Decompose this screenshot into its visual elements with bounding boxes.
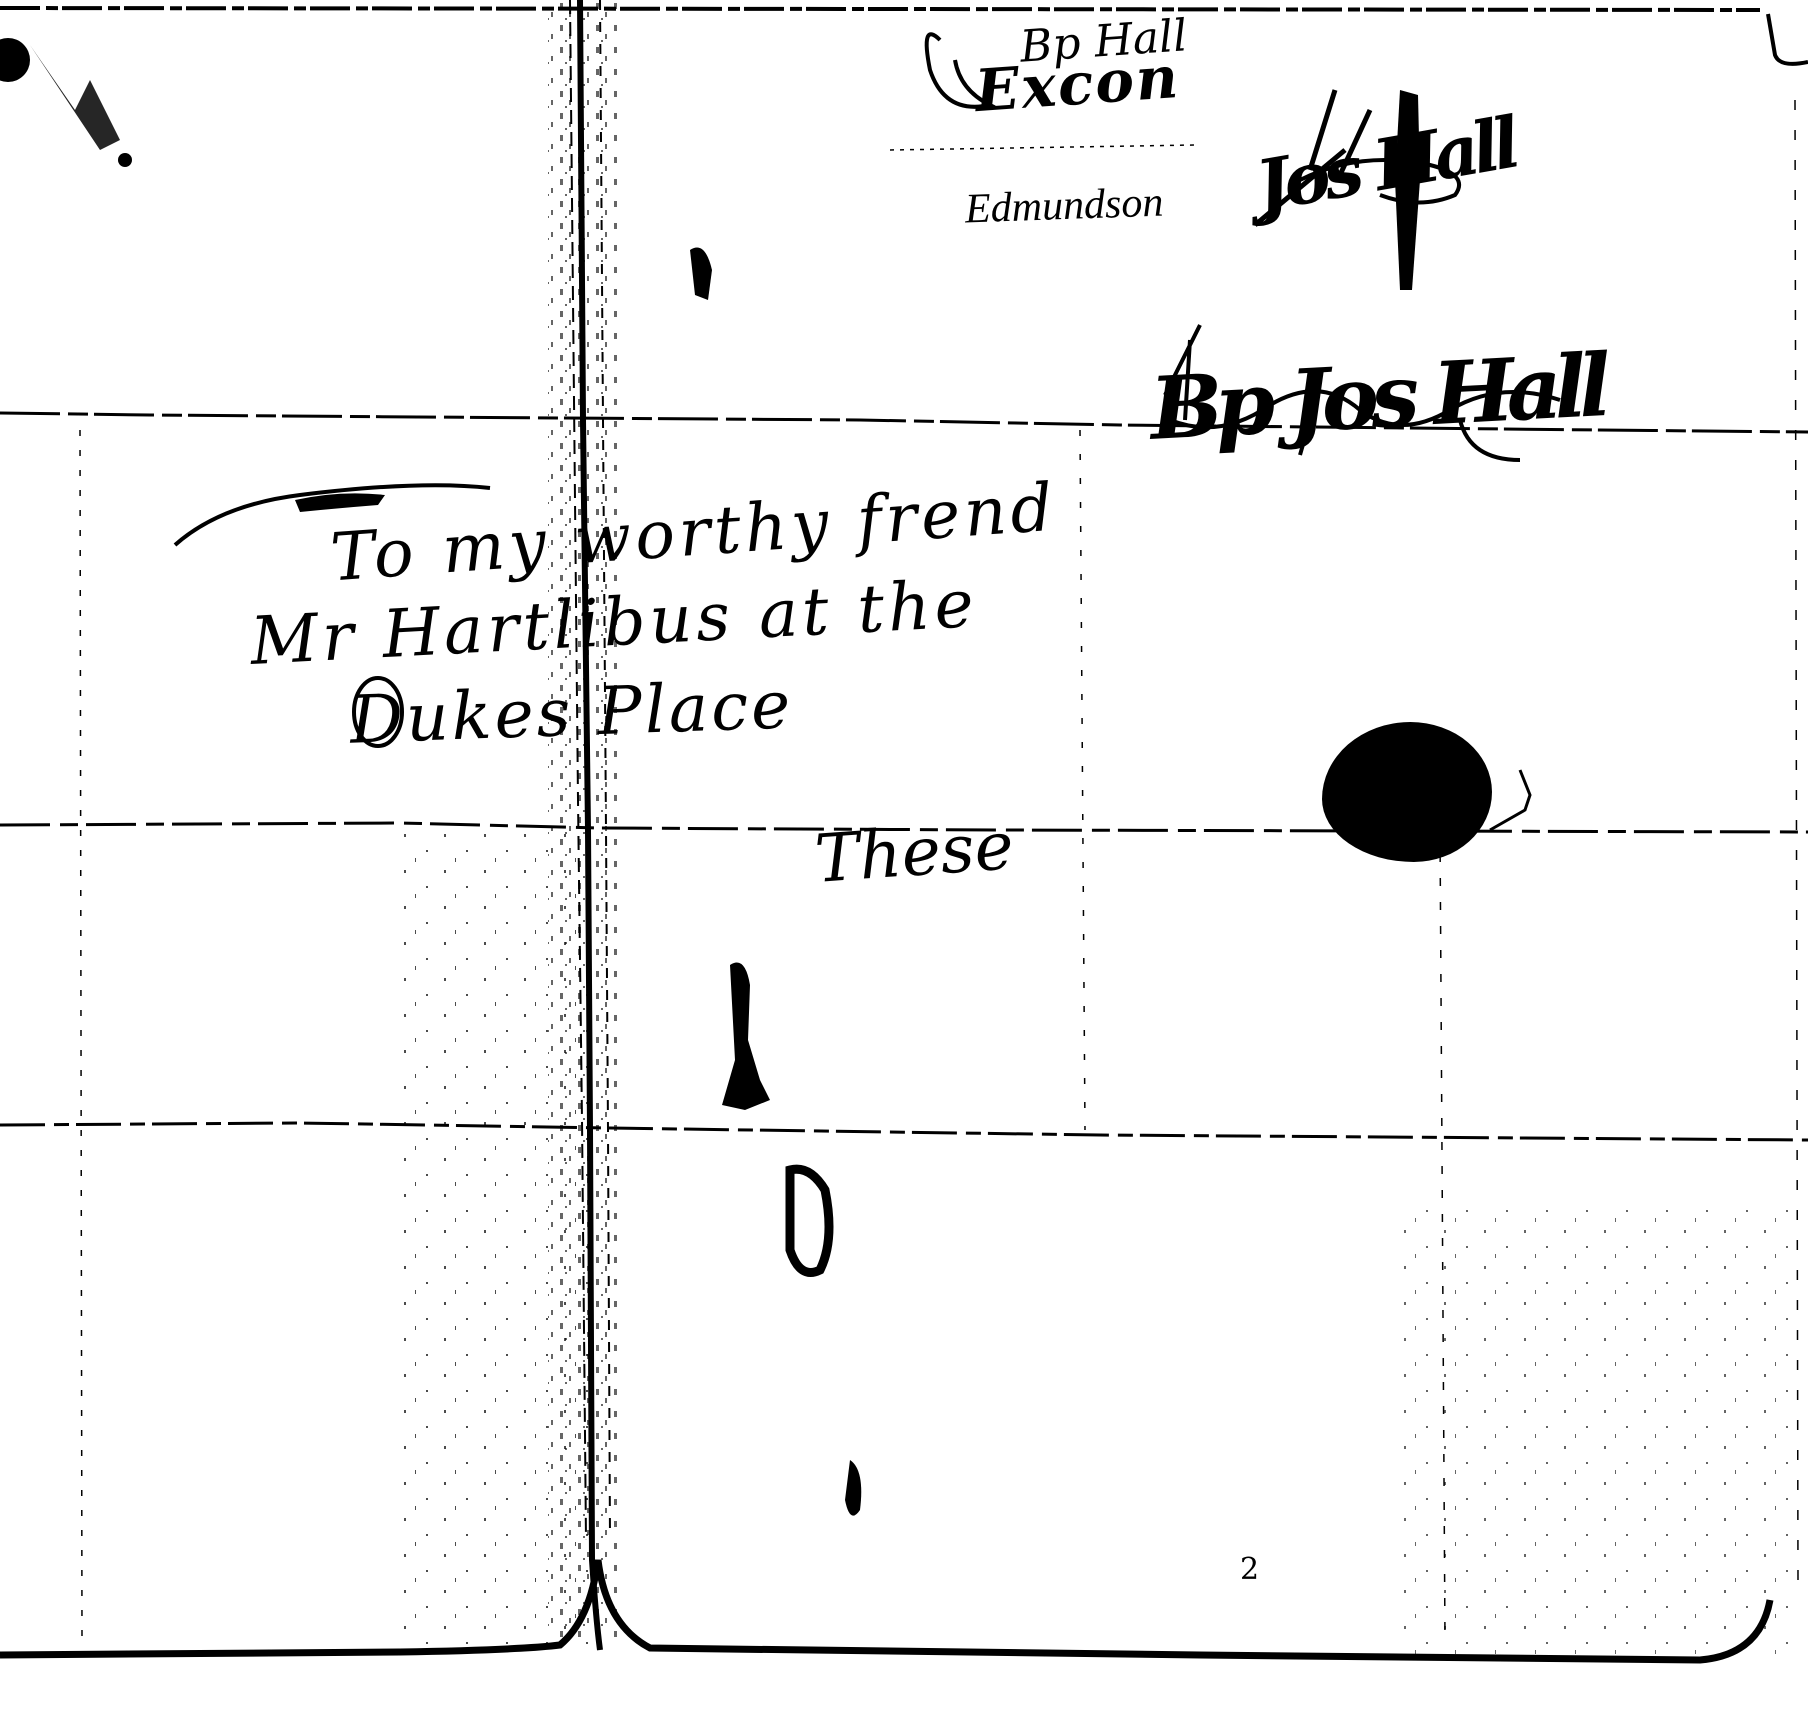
letter-sheet: Bp Hall Excon Edmundson Jos Hall Bp Jos … [0,0,1808,1715]
docket-subtitle: Excon [973,48,1182,120]
docket-name: Edmundson [964,182,1164,231]
signature-lower: Bp Jos Hall [1148,343,1605,453]
page-number: 2 [1240,1555,1259,1585]
address-closing: These [813,813,1016,893]
address-line-3: Dukes Place [349,672,794,753]
